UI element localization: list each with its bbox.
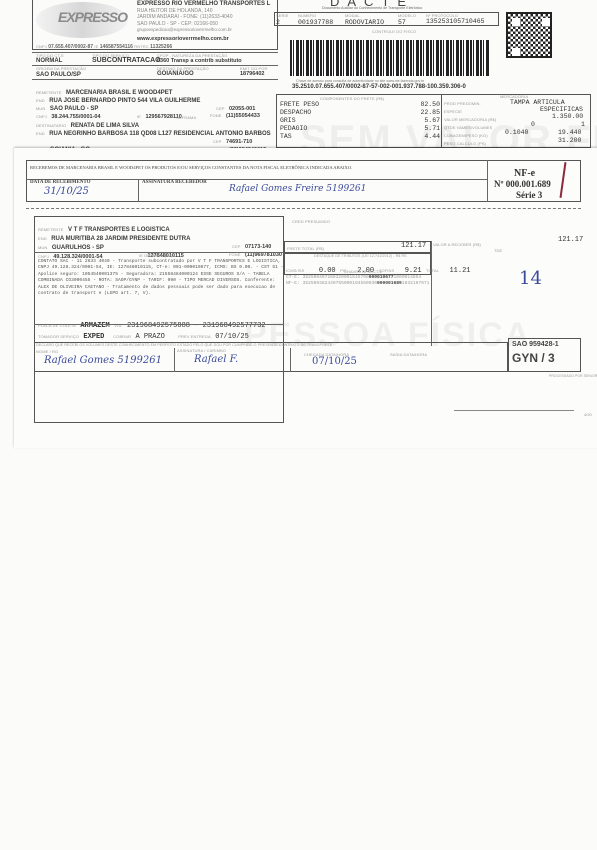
cobrar-label: COBRAR — [113, 334, 131, 339]
cred-presumido-label: CRED PRESUMIDO — [292, 219, 330, 224]
end-label: END — [36, 131, 45, 136]
rntrc-value: 11325266 — [150, 44, 172, 50]
divider — [26, 179, 487, 180]
ie-label: IE — [94, 44, 98, 49]
componente-name: DESPACHO — [280, 109, 311, 116]
dacte-document: EXPRESSO EXPRESSO RIO VERMELHO TRANSPORT… — [0, 0, 597, 160]
chaves-label: CHAVES NF-E/CT-E — [344, 269, 382, 274]
tomador-value: EXPED — [83, 333, 104, 341]
componente-name: FRETE PESO — [280, 101, 319, 108]
nfe-serie: Série 3 — [516, 190, 542, 200]
divider — [487, 160, 488, 202]
chave-prefix: CT-E: — [286, 275, 300, 280]
origem-value: SAO PAULO/SP — [36, 72, 81, 78]
frete-total-value: 121.17 — [401, 242, 426, 250]
company-ids: CNPJ 07.655.407/0002-87 IE 146587554116 … — [36, 44, 172, 50]
data-recebimento-label: DATA DE RECEBIMENTO — [30, 180, 91, 185]
route-code: SAO 959428-1 — [512, 341, 559, 348]
cofins-value: 9.21 — [405, 267, 422, 275]
origem-label: ORIGEM DA PRESTAÇÃO — [36, 66, 86, 71]
conhecimento-minuta: PESSOA FÍSICA RECEBEMOS DE MARCENARIA BR… — [14, 148, 597, 448]
serie-value: 2 — [276, 19, 280, 26]
modal-value: RODOVIARIO — [345, 19, 384, 26]
remetente-ie-row: IE 129567928110 — [137, 105, 182, 123]
rntrc-label: RNTRC — [134, 44, 149, 49]
protocolo-value: 135253105710465 — [426, 18, 485, 25]
chave-pre: 352509497289320001545700 — [303, 275, 369, 280]
company-address-block: RUA HEITOR DE HOLANDA, 140 JARDIM ANDARA… — [137, 8, 233, 34]
suframa-label: SUFRAMA — [176, 115, 196, 120]
chave-highlight: 000001689 — [377, 281, 402, 286]
especie-value: ESPECIFICAS — [540, 106, 583, 113]
cnpj-value: 07.655.407/0002-87 — [48, 44, 93, 50]
chave-pre: 352509382440755000104550030 — [303, 281, 377, 286]
prod-label: PROD PREDOMIN. — [444, 101, 481, 106]
assinatura-carimbo-label: ASSINATURA / CARIMBO — [177, 348, 226, 353]
fone-label: FONE — [210, 113, 222, 118]
componente-name: TAS — [280, 133, 292, 140]
chave-post: 1000014854 — [394, 275, 422, 280]
divider — [290, 348, 291, 372]
saida-label: SAÍDA DATA/HORA — [390, 352, 427, 357]
company-website: www.expressorioverrmelho.com.br — [137, 36, 229, 42]
nfe-title: NF-e — [514, 168, 535, 179]
access-key-barcode — [290, 40, 490, 76]
modelo-value: 57 — [398, 19, 406, 26]
emitido-value: 18796402 — [240, 71, 264, 77]
observacoes-label: OBSERVAÇÕES — [144, 253, 175, 258]
chave-post: 1932167971 — [402, 281, 430, 286]
processado-label: PROCESSADO POR SENIOR — [549, 374, 597, 378]
valor-receber-value: 121.17 — [558, 236, 583, 244]
chegada-value[interactable]: 07/10/25 — [312, 356, 357, 367]
company-phone: JARDIM ANDARAI - FONE: (11)2633-4040 — [137, 14, 233, 20]
nome-rg-label: NOME / RG — [36, 349, 58, 354]
recebemos-text: RECEBEMOS DE MARCENARIA BRASIL E WOOD4PE… — [30, 165, 352, 170]
prev-entrega-label: PREV ENTREGA — [178, 334, 211, 339]
serie-label: SERIE — [276, 13, 289, 18]
cobrar-value: A PRAZO — [135, 333, 164, 341]
prod-value: TAMPA ARTICULA — [510, 99, 565, 106]
handwritten-note: 14 — [519, 268, 542, 289]
page-mark: 4/20 — [584, 412, 592, 417]
componente-value: 22.85 — [420, 109, 440, 116]
chave-highlight: 000010677 — [369, 275, 394, 280]
total-label: TOTAL — [426, 268, 439, 273]
dacte-subtitle: Documento Auxiliar do Conhecimento de Tr… — [322, 6, 422, 10]
modelo-label: MODELO — [398, 13, 416, 18]
controle-fisco-label: CONTROLE DO FISCO — [372, 29, 416, 34]
icms-value: 0.00 — [319, 267, 336, 275]
tipo-servico-value: SUBCONTRATACAO — [92, 57, 161, 64]
route-destination: GYN / 3 — [512, 351, 555, 365]
tde-label: TDE — [494, 248, 502, 253]
access-key: 35.2510.07.655.407/0002-87-57-002-001.93… — [292, 84, 466, 90]
company-email: grupoexpedicao@expressorioverrmelho.com.… — [137, 27, 233, 33]
tomador-row: TOMADOR SERVIÇO EXPED COBRAR A PRAZO PRE… — [38, 325, 249, 343]
componentes-label: COMPONENTES DO FRETE (R$) — [320, 96, 384, 101]
divider — [454, 410, 574, 411]
divider — [174, 348, 175, 372]
declaracao-label: DECLARO QUE RECEBI OS VOLUMES DESTE CONH… — [36, 343, 332, 347]
cnpj-label: CNPJ — [36, 44, 47, 49]
company-name: EXPRESSO RIO VERMELHO TRANSPORTES L — [137, 1, 270, 7]
ie-label: IE — [139, 253, 143, 258]
divider — [138, 179, 139, 202]
total-value: 11.21 — [449, 267, 470, 275]
frete-total-label: FRETE TOTAL (R$) — [287, 246, 324, 251]
tomador-label: TOMADOR SERVIÇO — [38, 334, 79, 339]
company-logo: EXPRESSO — [36, 2, 128, 38]
access-key-hint: Chave de acesso para consulta de autenti… — [296, 79, 424, 83]
remetente-fone: (11)55054433 — [226, 113, 260, 119]
nfe-number: Nº 000.001.689 — [494, 179, 551, 189]
numero-value: 001937788 — [298, 19, 333, 26]
destino-value: GOIANIA/GO — [157, 71, 194, 77]
assinatura-recebedor-signature[interactable]: Rafael Gomes Freire 5199261 — [229, 184, 366, 194]
destaque-tributos-label: DESTAQUE DE TRIBUTOS (Lei 12.741/2012) -… — [314, 254, 407, 258]
componente-name: GRIS — [280, 117, 296, 124]
cut-line — [26, 208, 581, 209]
prev-entrega-value: 07/10/25 — [215, 333, 249, 341]
ie-value: 146587554116 — [100, 44, 133, 50]
chave-row: CT-E: 3525094972893200015457000000106771… — [286, 275, 421, 280]
numero-label: NUMERO — [298, 13, 316, 18]
chave-prefix: NF-E: — [286, 281, 300, 286]
tipo-cte-value: NORMAL — [36, 58, 62, 64]
remetente-fone-row: FONE (11)55054433 — [210, 104, 260, 122]
modal-label: MODAL — [345, 13, 360, 18]
observacoes-text: CONTATO SAC - 11 2633 4040 - Transporte … — [38, 259, 288, 297]
divider — [32, 79, 278, 80]
cfop-value: 6360 Transp a contrib substituto — [157, 58, 242, 64]
icms-label: ICMS/ISS — [286, 268, 304, 273]
logo-text: EXPRESSO — [58, 9, 127, 25]
divider — [431, 241, 432, 346]
assinatura-carimbo-signature[interactable]: Rafael F. — [194, 354, 238, 365]
nome-rg-signature[interactable]: Rafael Gomes 5199261 — [44, 355, 162, 366]
qr-code — [506, 12, 552, 58]
data-recebimento-value[interactable]: 31/10/25 — [44, 186, 89, 197]
especie-label: ESPÉCIE — [444, 109, 462, 114]
valor-receber-label: VALOR A RECEBER (R$) — [433, 242, 481, 247]
assinatura-recebedor-label: ASSINATURA RECEBEDOR — [142, 180, 207, 185]
chave-row: NF-E: 3525093824407550001045500300000016… — [286, 281, 429, 286]
divider — [32, 52, 278, 53]
componente-value: 82.50 — [420, 101, 440, 108]
